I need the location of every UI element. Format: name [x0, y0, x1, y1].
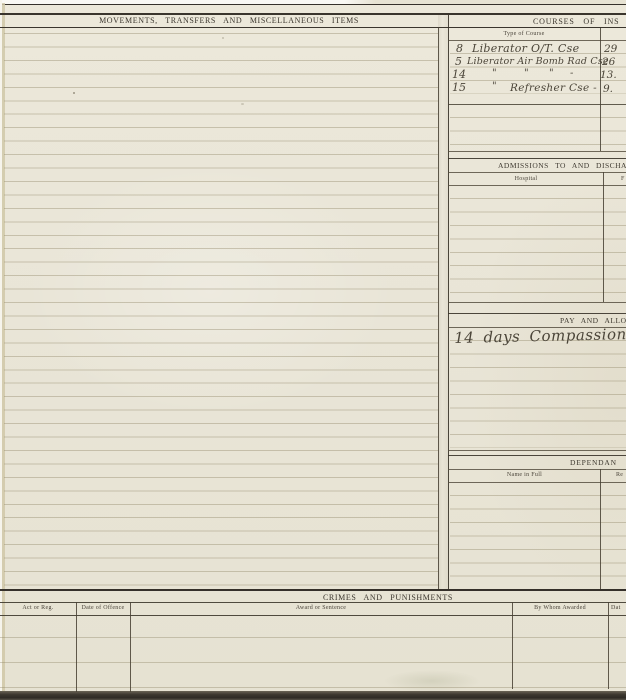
crimes-colheader-bottom-line [0, 615, 626, 616]
dependants-col-partial: Re [616, 472, 626, 479]
crimes-divider-3 [512, 602, 513, 689]
course-row-4-date: 9. [603, 83, 613, 95]
right-panel-left-border [448, 13, 449, 589]
crimes-col-by-whom-awarded: By Whom Awarded [512, 605, 608, 612]
paper-speck-1 [73, 92, 75, 94]
pay-handwritten-entry: 14 days Compassionat [454, 325, 626, 347]
course-row-1-number: 8 [456, 42, 463, 55]
dependants-col-name-in-full: Name in Full [449, 472, 600, 479]
paper-speck-2 [222, 37, 224, 39]
crimes-divider-1 [76, 602, 77, 692]
crimes-colheader-top-line [0, 602, 626, 603]
hospital-column-divider [603, 172, 604, 302]
crimes-col-act-or-reg: Act or Reg. [0, 605, 76, 612]
crimes-divider-2 [130, 602, 131, 692]
course-row-2-date: 26 [602, 56, 615, 68]
course-row-4-ditto-1: " [492, 81, 497, 92]
course-row-3-ditto-2: " [524, 68, 529, 79]
ruled-lines-left-panel [4, 33, 438, 587]
courses-col-type-of-course: Type of Course [449, 31, 599, 38]
courses-box-bottom-line [448, 151, 626, 152]
ruled-lines-hospital [450, 198, 626, 299]
dependants-box-top-line [448, 455, 626, 456]
scanned-service-record-page: MOVEMENTS, TRANSFERS AND MISCELLANEOUS I… [0, 0, 626, 700]
admissions-box-top-line [448, 158, 626, 159]
course-row-2-title: Liberator Air Bomb Rad Cse [467, 56, 609, 67]
pay-box-top-line [448, 313, 626, 314]
dependants-column-divider [600, 469, 601, 589]
admissions-section-header: ADMISSIONS TO AND DISCHA [498, 161, 626, 170]
top-border-line [0, 4, 626, 6]
crimes-col-award-or-sentence: Award or Sentence [130, 605, 512, 612]
header-band-top-line [0, 13, 626, 15]
admissions-col-partial: F [621, 176, 626, 183]
left-panel-right-border [438, 27, 439, 589]
page-bottom-edge [0, 691, 626, 700]
header-band-bottom-line [0, 27, 626, 29]
admissions-box-bottom-line [448, 302, 626, 303]
course-row-3-ditto-3: " [549, 68, 554, 79]
courses-date-column-divider [600, 28, 601, 151]
course-row-1-date: 29 [604, 43, 617, 55]
course-row-4-number: 15 [452, 81, 466, 94]
admissions-header-underline [448, 172, 626, 173]
paper-speck-3 [241, 103, 244, 105]
course-row-1-title: Liberator O/T. Cse [472, 42, 579, 55]
crimes-section-header: CRIMES AND PUNISHMENTS [323, 593, 453, 603]
movements-section-header: MOVEMENTS, TRANSFERS AND MISCELLANEOUS I… [20, 16, 438, 26]
pay-box-bottom-line [448, 450, 626, 451]
courses-list-bottom-line [448, 104, 626, 105]
courses-section-header: COURSES OF INS [533, 17, 619, 27]
dependants-section-header: DEPENDAN [570, 458, 617, 467]
course-row-2-number: 5 [455, 55, 462, 68]
crimes-col-date-partial: Dat [611, 605, 626, 612]
admissions-colheader-underline [448, 185, 626, 186]
pay-section-header: PAY AND ALLO [560, 316, 626, 325]
course-row-3-date: 13. [600, 69, 617, 81]
course-row-3-number: 14 [452, 68, 466, 81]
ruled-lines-crimes [0, 637, 626, 688]
ruled-lines-pay [450, 340, 626, 448]
course-row-4-title: Refresher Cse - [510, 82, 597, 94]
admissions-col-hospital: Hospital [449, 176, 603, 183]
course-row-3-dash: - [570, 68, 573, 79]
crimes-section-top-line [0, 589, 626, 591]
crimes-col-date-of-offence: Date of Offence [76, 605, 130, 612]
course-row-3-ditto-1: " [492, 68, 497, 79]
crimes-divider-4 [608, 602, 609, 689]
